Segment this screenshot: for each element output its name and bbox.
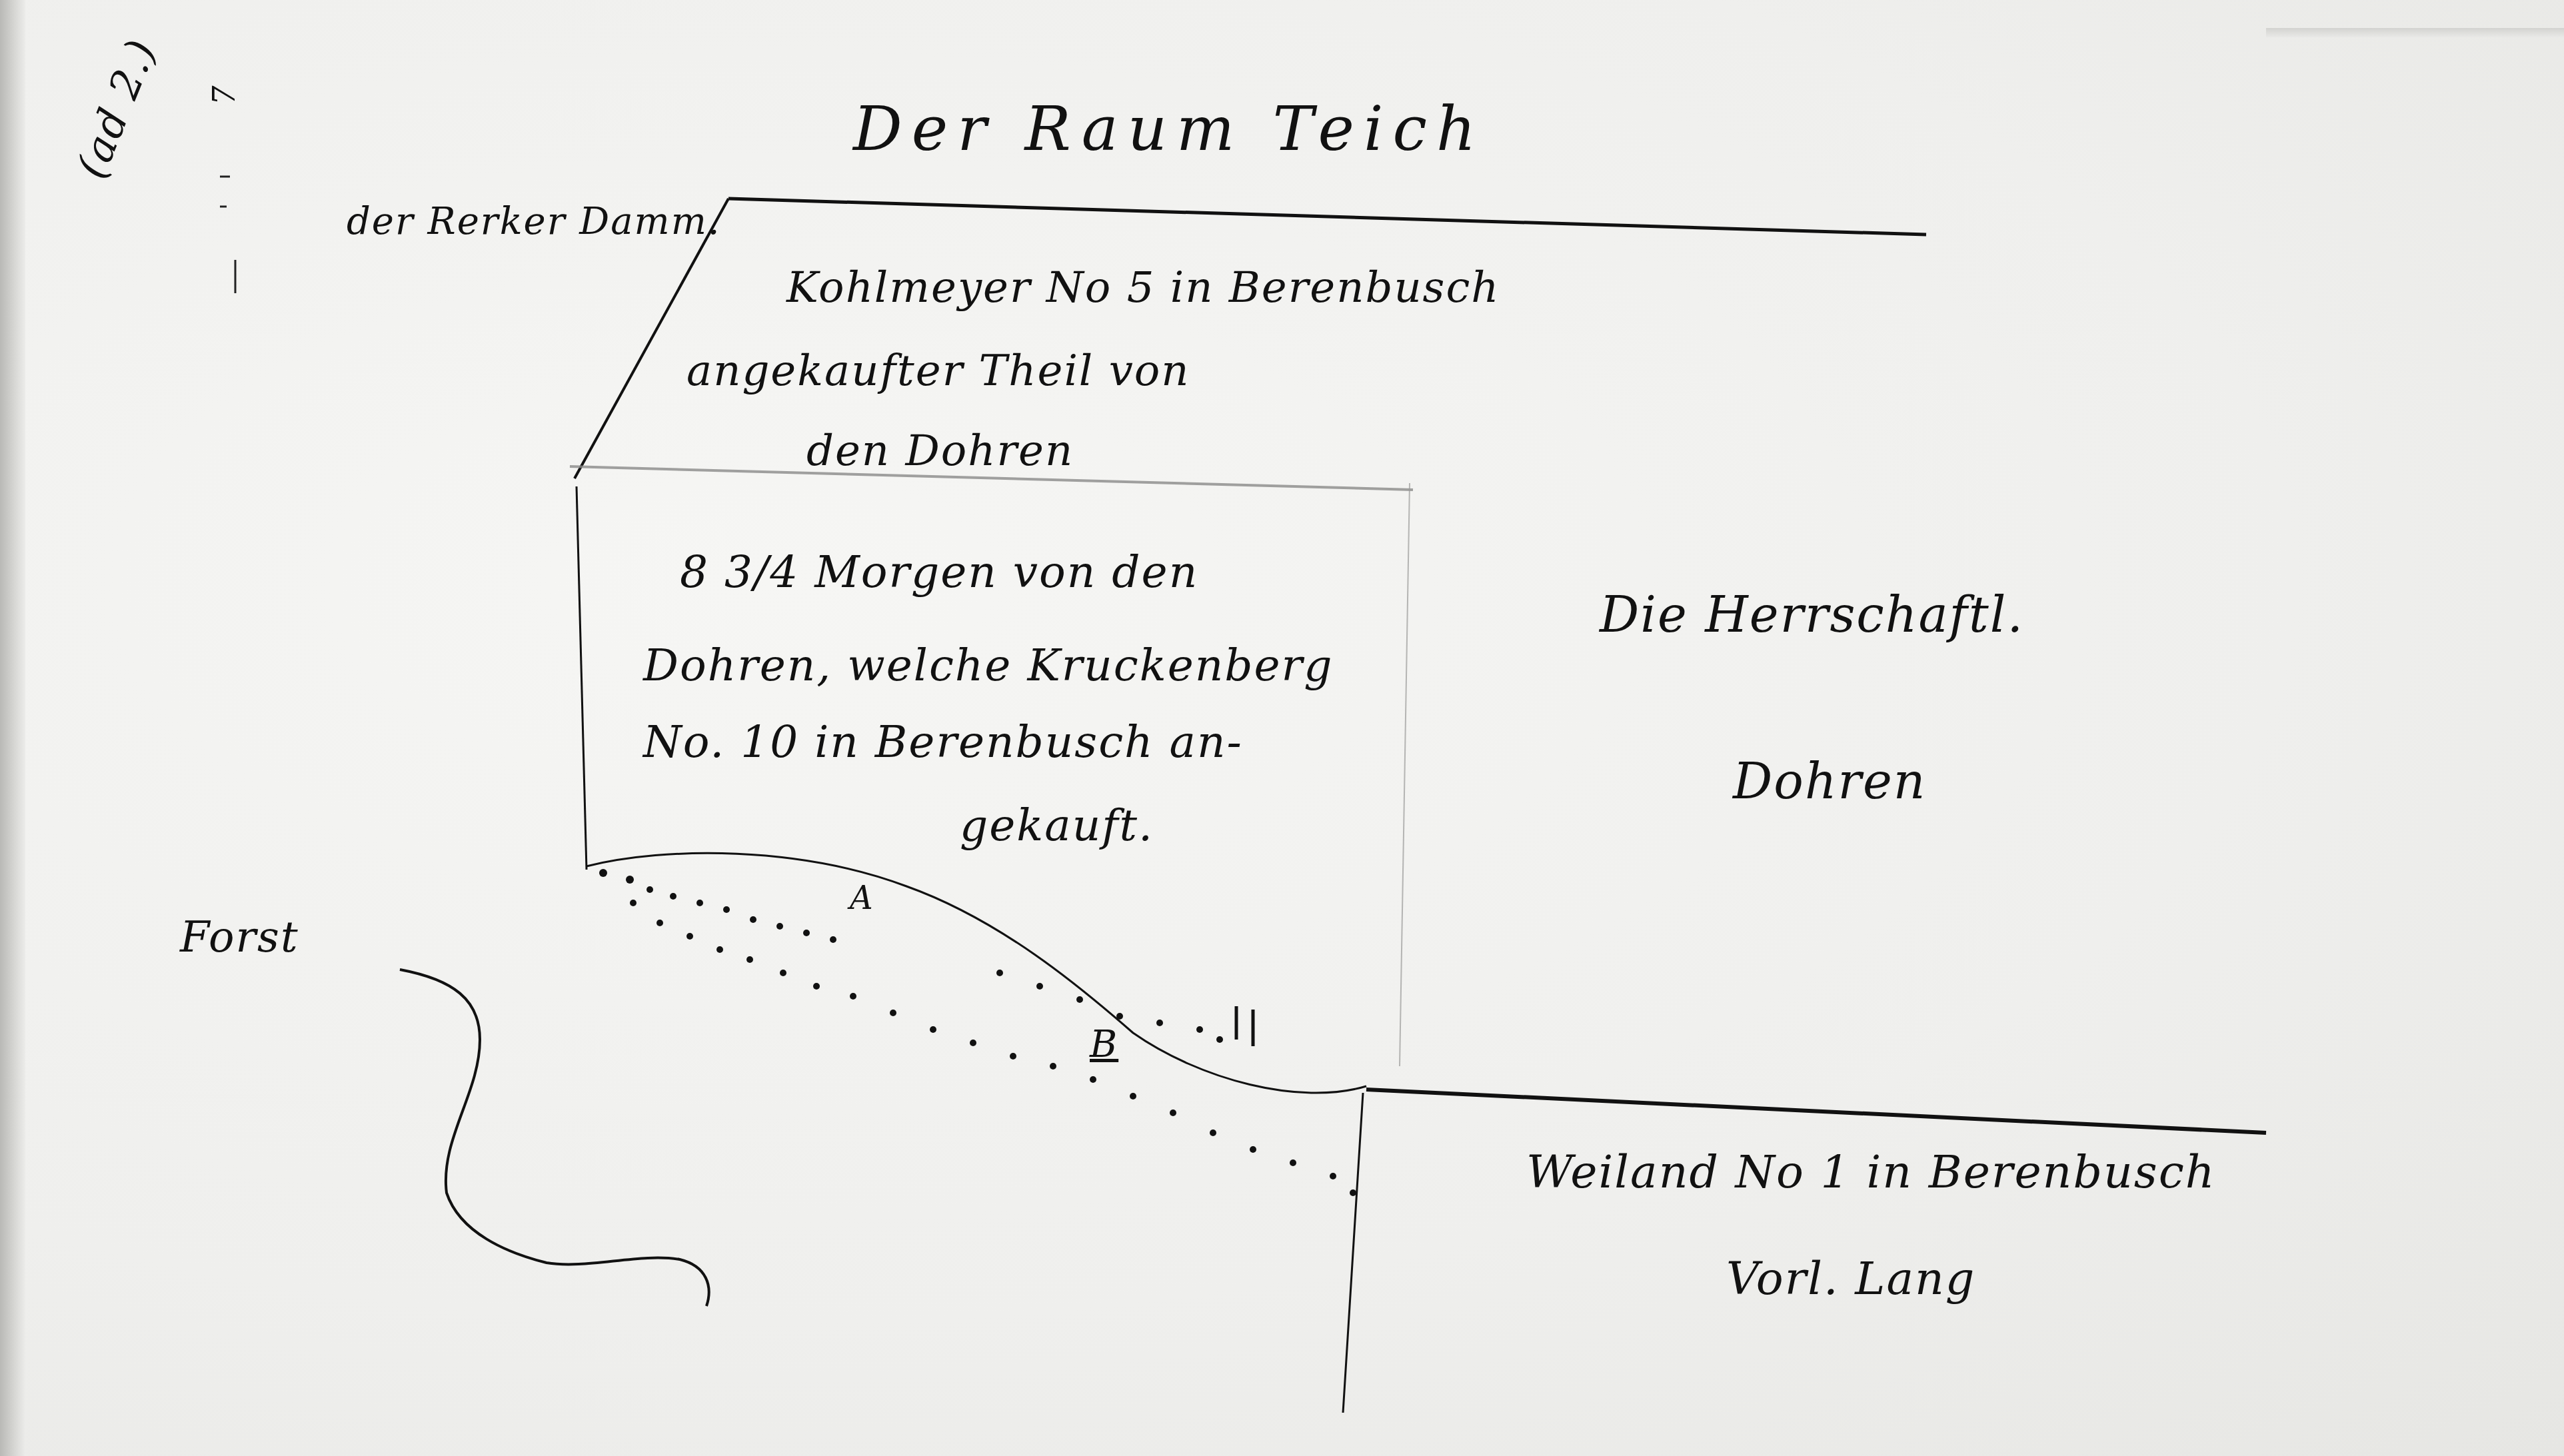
southeast-boundary-line [1366, 1090, 2266, 1133]
curved-boundary-line [587, 853, 1366, 1093]
estate-label: Dohren [1733, 753, 1926, 810]
southeast-owner-label: Weiland No 1 in Berenbusch [1526, 1146, 2216, 1199]
parcel-area-line: Dohren, welche Kruckenberg [643, 640, 1333, 691]
forest-edge-curve [400, 970, 709, 1306]
south-boundary-line [1343, 1093, 1363, 1413]
west-boundary-line [577, 486, 587, 870]
estate-label: Die Herrschaftl. [1600, 586, 2024, 644]
parcel-owner-line: den Dohren [806, 426, 1074, 476]
parcel-area-line: No. 10 in Berenbusch an- [643, 716, 1243, 768]
forest-label: Forst [180, 913, 299, 962]
marker-b: B [1090, 1023, 1118, 1066]
north-boundary-line [728, 199, 1926, 235]
marker-a: A [850, 880, 874, 917]
map-title: Der Raum Teich [853, 93, 1485, 165]
neighbour-northwest-label: der Rerker Damm. [347, 200, 721, 243]
parcel-area-line: 8 3/4 Morgen von den [680, 546, 1198, 598]
parcel-owner-line: angekaufter Theil von [686, 347, 1190, 396]
margin-ticks [220, 177, 235, 293]
boundary-tick-marks [1236, 1006, 1253, 1046]
east-pencil-boundary [1400, 483, 1410, 1066]
parcel-owner-line: Kohlmeyer No 5 in Berenbusch [786, 263, 1500, 313]
sheet-number: 7 [206, 84, 242, 105]
southeast-owner-label: Vorl. Lang [1726, 1253, 1975, 1305]
parcel-area-line: gekauft. [960, 800, 1154, 851]
